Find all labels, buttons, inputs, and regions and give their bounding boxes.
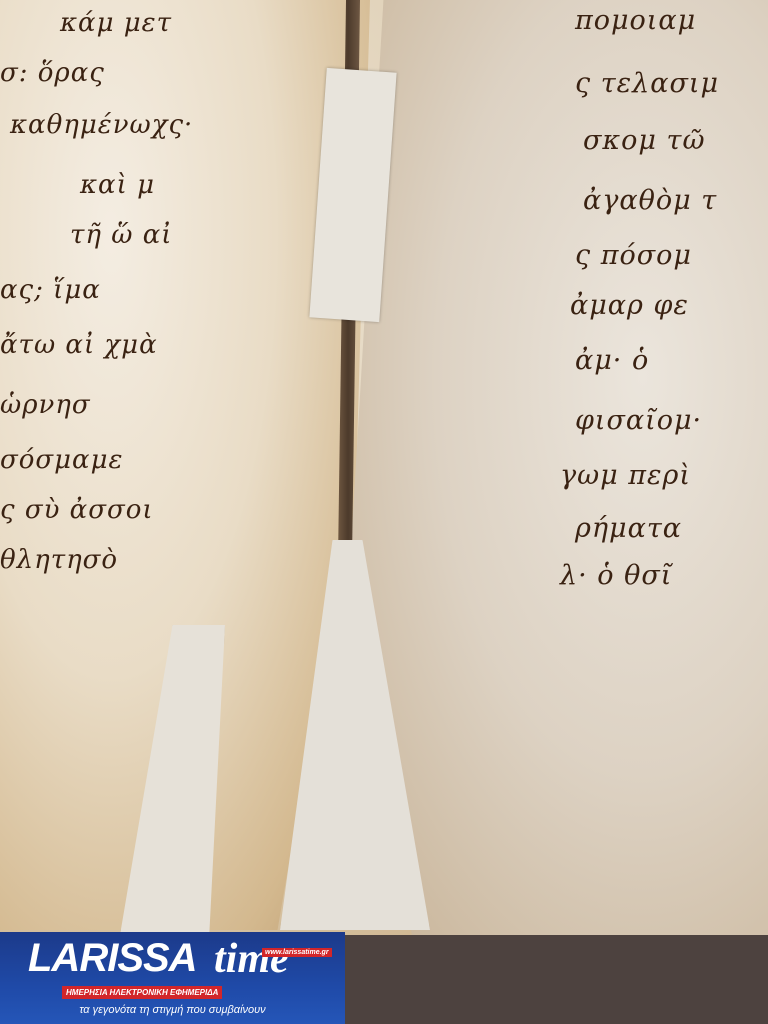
left-line: καὶ μ	[80, 170, 155, 200]
logo-url: www.larissatime.gr	[262, 948, 332, 957]
right-line: φισαῖομ·	[575, 405, 702, 436]
right-line: σκομ τῶ	[583, 125, 705, 156]
right-line: γωμ περὶ	[560, 460, 691, 491]
table-surface	[340, 935, 768, 1024]
logo-slogan: τα γεγονότα τη στιγμή που συμβαίνουν	[0, 1004, 345, 1016]
left-line: καθημένωχς·	[10, 110, 193, 140]
right-line: πομοιαμ	[575, 5, 696, 36]
left-line: ς σὺ ἀσσοι	[0, 495, 154, 525]
logo-brand-main: LARISSA	[28, 936, 197, 980]
right-line: ἀγαθὸμ τ	[583, 185, 717, 216]
right-line: ρήματα	[575, 513, 682, 544]
larissatime-logo: LARISSA time www.larissatime.gr ΗΜΕΡΗΣΙΑ…	[0, 932, 345, 1024]
right-line: ς τελασιμ	[575, 68, 719, 99]
left-line: ἄτω αἰ χμὰ	[0, 330, 158, 360]
right-line: ς πόσομ	[575, 240, 692, 271]
left-line: ας; ἵμα	[0, 275, 101, 305]
left-line: θλητησὸ	[0, 545, 118, 575]
left-line: σόσμαμε	[0, 445, 123, 475]
right-line: ἀμαρ φε	[570, 290, 689, 321]
logo-tagline: ΗΜΕΡΗΣΙΑ ΗΛΕΚΤΡΟΝΙΚΗ ΕΦΗΜΕΡΙΔΑ	[62, 986, 222, 999]
left-line: κάμ μετ	[60, 8, 172, 38]
right-line: λ· ὁ θσῖ	[560, 560, 672, 591]
manuscript-photo: κάμ μετ σ: ὅρας καθημένωχς· καὶ μ τῆ ὥ α…	[0, 0, 768, 1024]
logo-brand-suffix: time	[214, 936, 289, 982]
left-line: τῆ ὥ αἰ	[70, 220, 172, 250]
left-line: ὡρνησ	[0, 390, 91, 420]
left-line: σ: ὅρας	[0, 58, 105, 88]
right-line: ἀμ· ὁ	[575, 345, 649, 376]
